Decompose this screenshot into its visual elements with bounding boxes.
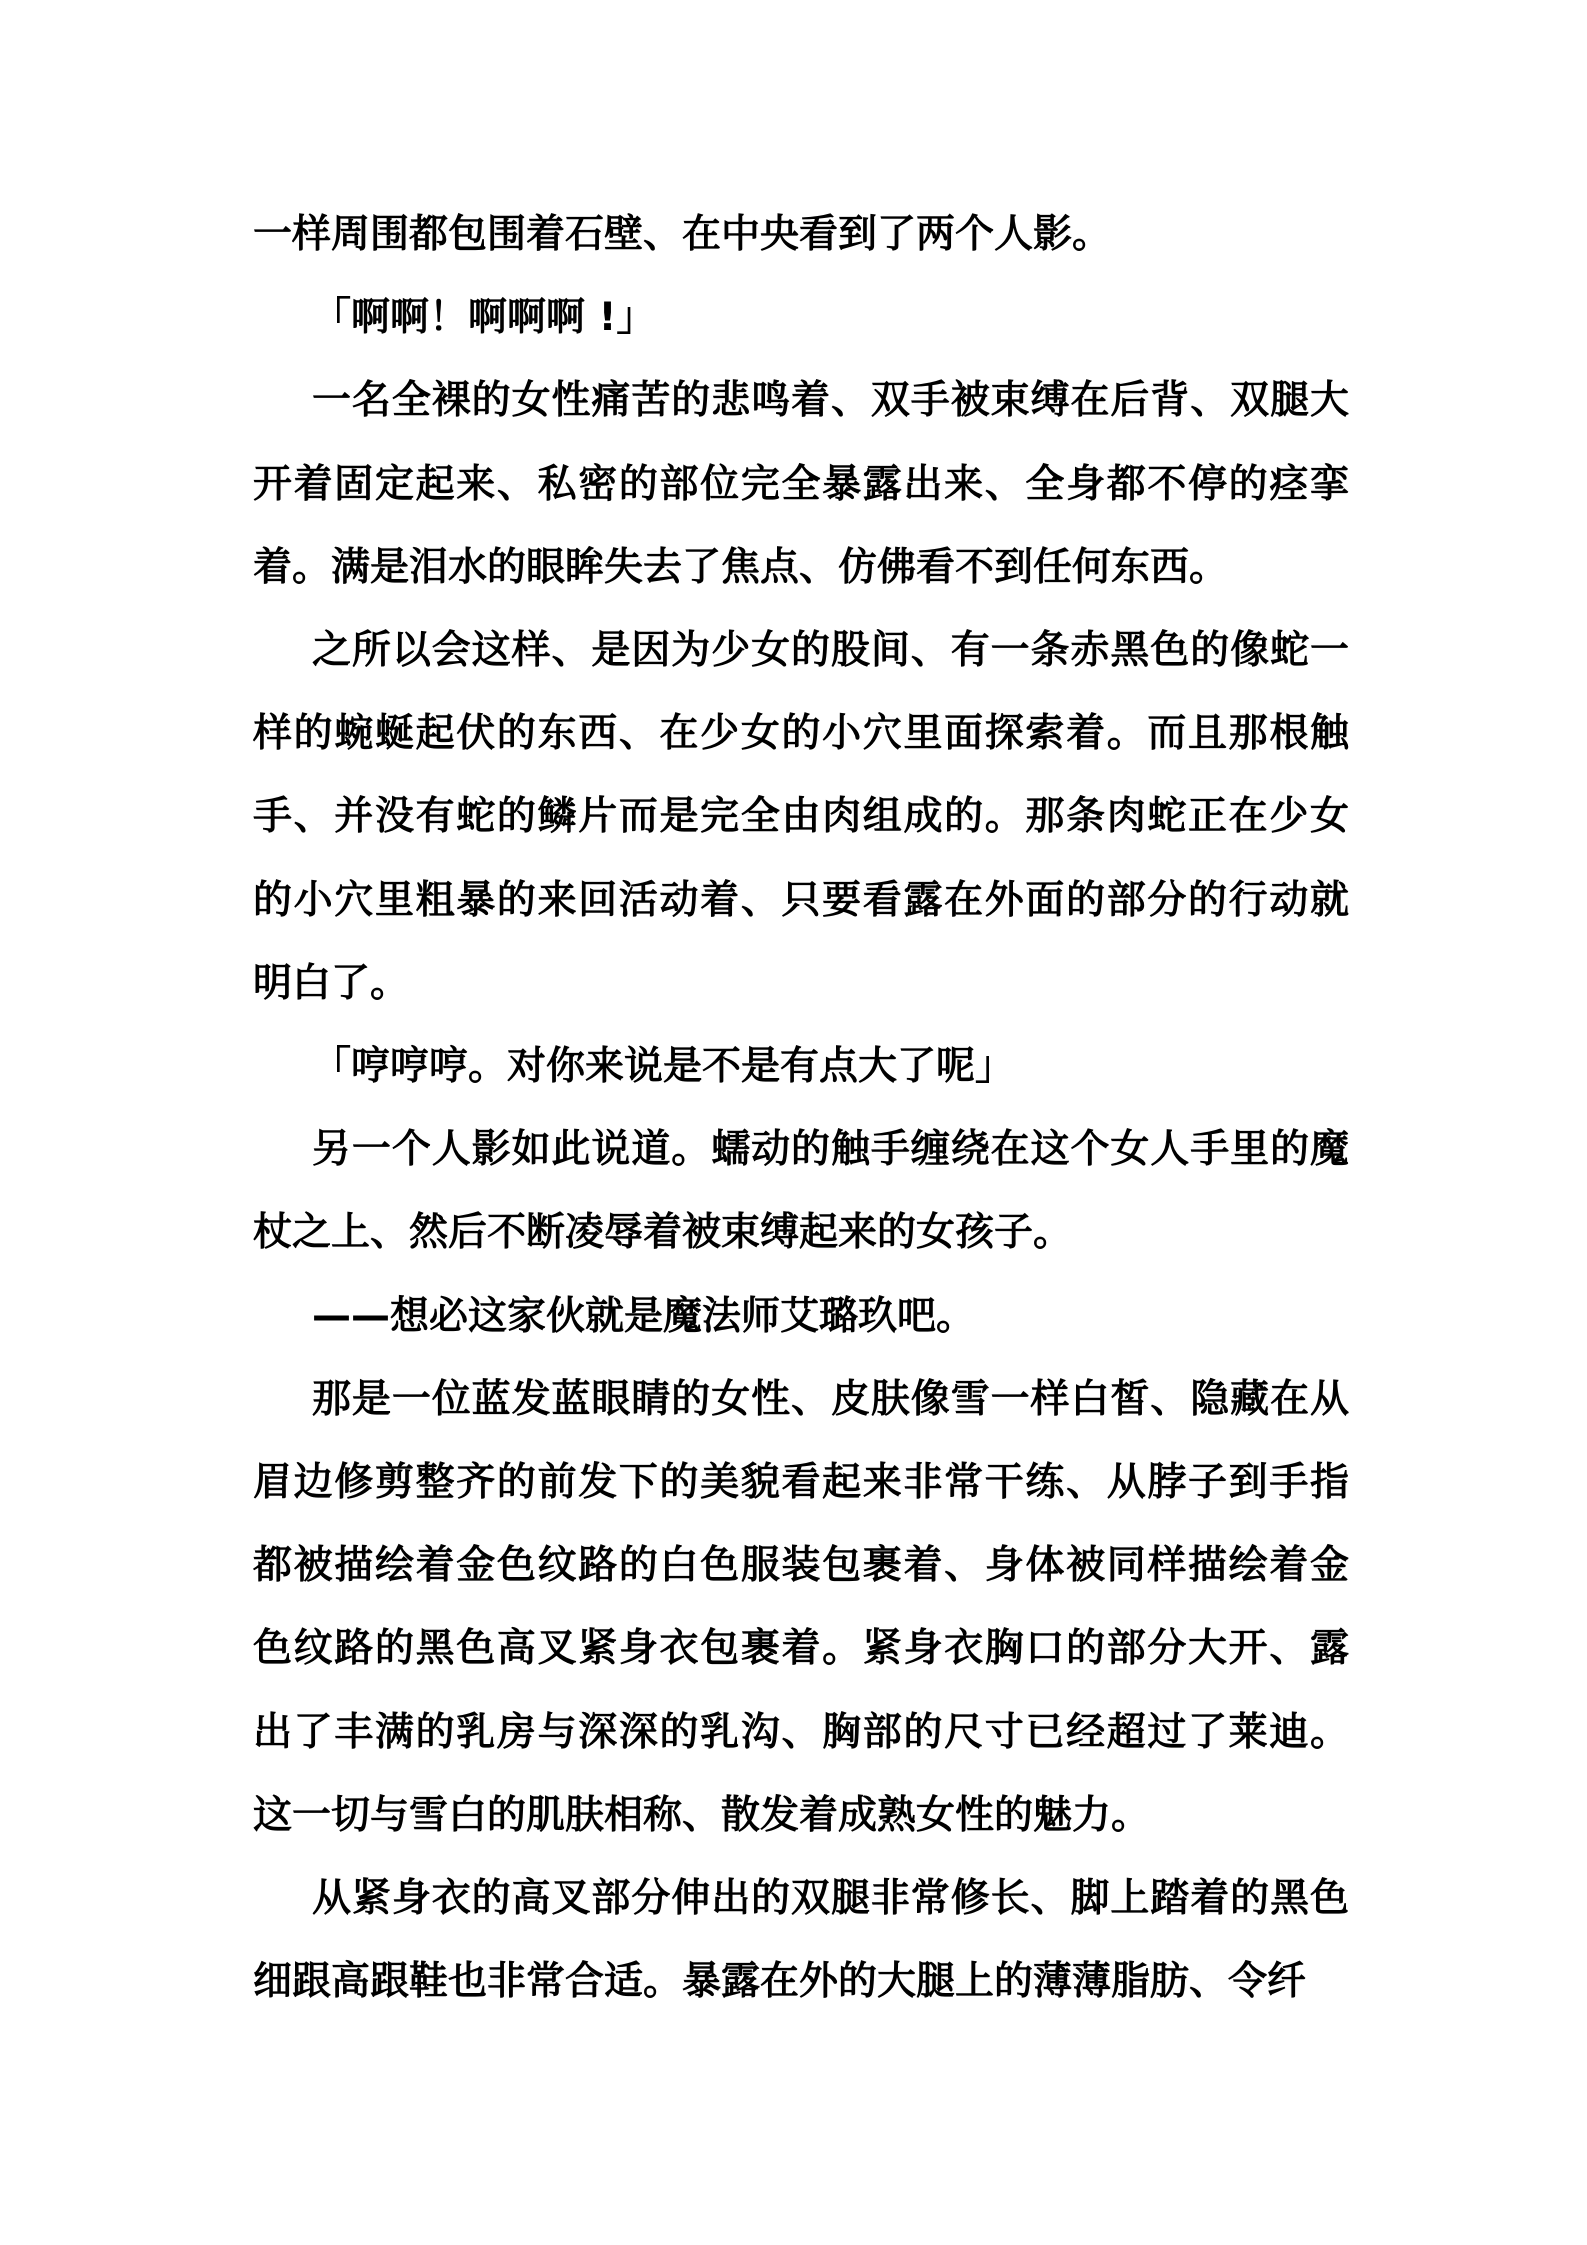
text-line: 之所以会这样、是因为少女的股间、有一条赤黑色的像蛇一 xyxy=(253,609,1349,692)
text-line: 出了丰满的乳房与深深的乳沟、胸部的尺寸已经超过了莱迪。 xyxy=(253,1691,1349,1774)
text-line: 都被描绘着金色纹路的白色服装包裹着、身体被同样描绘着金 xyxy=(253,1524,1349,1607)
text-block: 一样周围都包围着石壁、在中央看到了两个人影。「啊啊！啊啊啊 !」一名全裸的女性痛… xyxy=(253,193,1349,2023)
text-line: 从紧身衣的高叉部分伸出的双腿非常修长、脚上踏着的黑色 xyxy=(253,1857,1349,1940)
paragraph: 一名全裸的女性痛苦的悲鸣着、双手被束缚在后背、双腿大开着固定起来、私密的部位完全… xyxy=(253,359,1349,609)
text-line: 色纹路的黑色高叉紧身衣包裹着。紧身衣胸口的部分大开、露 xyxy=(253,1607,1349,1690)
paragraph: 一样周围都包围着石壁、在中央看到了两个人影。 xyxy=(253,193,1349,276)
paragraph: 「哼哼哼。对你来说是不是有点大了呢」 xyxy=(253,1025,1349,1108)
text-line: 一样周围都包围着石壁、在中央看到了两个人影。 xyxy=(253,193,1349,276)
paragraph: ——想必这家伙就是魔法师艾璐玖吧。 xyxy=(253,1275,1349,1358)
text-line: 样的蜿蜒起伏的东西、在少女的小穴里面探索着。而且那根触 xyxy=(253,692,1349,775)
text-line: 眉边修剪整齐的前发下的美貌看起来非常干练、从脖子到手指 xyxy=(253,1441,1349,1524)
text-line: 细跟高跟鞋也非常合适。暴露在外的大腿上的薄薄脂肪、令纤 xyxy=(253,1940,1349,2023)
text-line: 这一切与雪白的肌肤相称、散发着成熟女性的魅力。 xyxy=(253,1774,1349,1857)
text-line: 杖之上、然后不断凌辱着被束缚起来的女孩子。 xyxy=(253,1191,1349,1274)
text-line: 那是一位蓝发蓝眼睛的女性、皮肤像雪一样白皙、隐藏在从 xyxy=(253,1358,1349,1441)
text-line: ——想必这家伙就是魔法师艾璐玖吧。 xyxy=(253,1275,1349,1358)
paragraph: 另一个人影如此说道。蠕动的触手缠绕在这个女人手里的魔杖之上、然后不断凌辱着被束缚… xyxy=(253,1108,1349,1274)
text-line: 「哼哼哼。对你来说是不是有点大了呢」 xyxy=(253,1025,1349,1108)
text-line: 着。满是泪水的眼眸失去了焦点、仿佛看不到任何东西。 xyxy=(253,526,1349,609)
text-line: 「啊啊！啊啊啊 !」 xyxy=(253,276,1349,359)
paragraph: 「啊啊！啊啊啊 !」 xyxy=(253,276,1349,359)
document-page: 一样周围都包围着石壁、在中央看到了两个人影。「啊啊！啊啊啊 !」一名全裸的女性痛… xyxy=(0,0,1587,2245)
paragraph: 之所以会这样、是因为少女的股间、有一条赤黑色的像蛇一样的蜿蜒起伏的东西、在少女的… xyxy=(253,609,1349,1025)
paragraph: 从紧身衣的高叉部分伸出的双腿非常修长、脚上踏着的黑色细跟高跟鞋也非常合适。暴露在… xyxy=(253,1857,1349,2023)
text-line: 另一个人影如此说道。蠕动的触手缠绕在这个女人手里的魔 xyxy=(253,1108,1349,1191)
text-line: 的小穴里粗暴的来回活动着、只要看露在外面的部分的行动就 xyxy=(253,859,1349,942)
text-line: 手、并没有蛇的鳞片而是完全由肉组成的。那条肉蛇正在少女 xyxy=(253,775,1349,858)
text-line: 明白了。 xyxy=(253,942,1349,1025)
text-line: 一名全裸的女性痛苦的悲鸣着、双手被束缚在后背、双腿大 xyxy=(253,359,1349,442)
paragraph: 那是一位蓝发蓝眼睛的女性、皮肤像雪一样白皙、隐藏在从眉边修剪整齐的前发下的美貌看… xyxy=(253,1358,1349,1857)
text-line: 开着固定起来、私密的部位完全暴露出来、全身都不停的痉挛 xyxy=(253,443,1349,526)
